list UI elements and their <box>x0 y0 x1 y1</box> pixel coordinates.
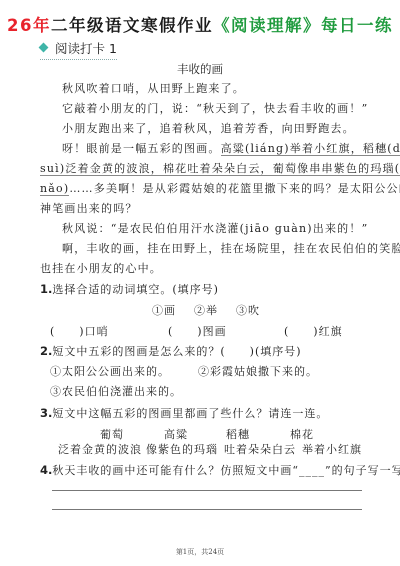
page-footer: 第1页，共24页 <box>0 547 400 557</box>
q2-option: ①太阳公公画出来的。 <box>50 363 170 379</box>
worksheet-header: 26年二年级语文寒假作业《阅读理解》每日一练 <box>0 12 400 36</box>
q1-option: ③吹 <box>236 302 260 318</box>
underlined-sentence: nǎo) <box>40 182 69 196</box>
passage-line: 秋风吹着口哨，从田野上跑来了。 <box>62 80 245 96</box>
section-label-text: 阅读打卡 1 <box>55 41 117 56</box>
match-item-bottom[interactable]: 吐着朵朵白云 <box>224 441 296 457</box>
question-2: 2.短文中五彩的图画是怎么来的？( )(填序号) <box>40 343 302 359</box>
header-subject: 《阅读理解》每日一练 <box>213 16 393 35</box>
passage-text: 呀！眼前是一幅五彩的图画。 <box>62 142 221 155</box>
q1-blank[interactable]: ( )图画 <box>168 323 227 339</box>
passage-line: nǎo)……多美啊！是从彩霞姑娘的花篮里撒下来的吗？是太阳公公的 <box>40 180 400 196</box>
underlined-sentence: 高粱(liáng)举着小红旗，稻穗(dào <box>221 142 400 156</box>
q1-option: ②举 <box>194 302 218 318</box>
answer-line[interactable] <box>52 509 362 510</box>
passage-line: 呀！眼前是一幅五彩的图画。高粱(liáng)举着小红旗，稻穗(dào <box>62 140 400 156</box>
question-number: 1. <box>40 282 52 296</box>
question-text: 秋天丰收的画中还可能有什么？仿照短文中画“____”的句子写一写。 <box>52 464 400 477</box>
match-item-bottom[interactable]: 举着小红旗 <box>302 441 362 457</box>
question-text[interactable]: 短文中五彩的图画是怎么来的？( )(填序号) <box>52 345 301 358</box>
passage-line: 啊，丰收的画，挂在田野上，挂在场院里，挂在农民伯伯的笑脸上， <box>62 240 400 256</box>
match-item-bottom[interactable]: 像紫色的玛瑙 <box>146 441 218 457</box>
question-text: 短文中这幅五彩的图画里都画了些什么？请连一连。 <box>52 407 328 420</box>
q1-option: ①画 <box>152 302 176 318</box>
q2-option: ③农民伯伯浇灌出来的。 <box>50 383 182 399</box>
q1-blank[interactable]: ( )口哨 <box>50 323 109 339</box>
passage-line: suì)泛着金黄的波浪，棉花吐着朵朵白云，葡萄像串串紫色的玛瑙(mǎ <box>40 160 400 176</box>
match-item-top[interactable]: 稻穗 <box>226 426 250 442</box>
passage-line: 也挂在小朋友的心中。 <box>40 260 162 276</box>
question-text: 选择合适的动词填空。(填序号) <box>52 283 219 296</box>
passage-title: 丰收的画 <box>0 61 400 77</box>
answer-line[interactable] <box>52 490 362 491</box>
question-number: 4. <box>40 463 52 477</box>
question-number: 3. <box>40 406 52 420</box>
q2-option: ②彩霞姑娘撒下来的。 <box>198 363 318 379</box>
question-3: 3.短文中这幅五彩的图画里都画了些什么？请连一连。 <box>40 405 328 421</box>
diamond-icon <box>39 43 49 53</box>
passage-line: 秋风说：“是农民伯伯用汗水浇灌(jiāo guàn)出来的！” <box>62 220 368 236</box>
question-number: 2. <box>40 344 52 358</box>
section-label: 阅读打卡 1 <box>40 39 117 60</box>
passage-line: 小朋友跑出来了，追着秋风，追着芳香，向田野跑去。 <box>62 120 355 136</box>
question-4: 4.秋天丰收的画中还可能有什么？仿照短文中画“____”的句子写一写。 <box>40 462 400 478</box>
match-item-bottom[interactable]: 泛着金黄的波浪 <box>58 441 142 457</box>
header-grade: 二年级语文寒假作业 <box>51 16 213 35</box>
match-item-top[interactable]: 葡萄 <box>100 426 124 442</box>
passage-text: ……多美啊！是从彩霞姑娘的花篮里撒下来的吗？是太阳公公的 <box>69 182 400 195</box>
q1-blank[interactable]: ( )红旗 <box>284 323 343 339</box>
match-item-top[interactable]: 棉花 <box>290 426 314 442</box>
header-year: 26年 <box>7 16 51 35</box>
match-item-top[interactable]: 高粱 <box>164 426 188 442</box>
passage-line: 它敲着小朋友的门，说：“秋天到了，快去看丰收的画！” <box>62 100 368 116</box>
underlined-sentence: suì)泛着金黄的波浪，棉花吐着朵朵白云，葡萄像串串紫色的玛瑙(mǎ <box>40 162 400 176</box>
passage-line: 神笔画出来的吗？ <box>40 200 138 216</box>
question-1: 1.选择合适的动词填空。(填序号) <box>40 281 219 297</box>
